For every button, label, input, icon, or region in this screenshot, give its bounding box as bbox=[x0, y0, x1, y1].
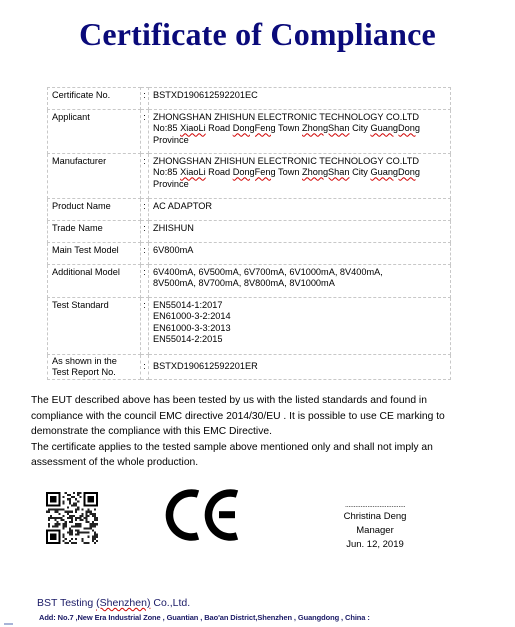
page-corner-mark bbox=[4, 623, 13, 625]
signatory-name: Christina Deng bbox=[320, 510, 430, 524]
applicant-address-province: Province bbox=[153, 135, 446, 146]
field-label: Applicant bbox=[48, 110, 141, 154]
table-row-manufacturer: Manufacturer : ZHONGSHAN ZHISHUN ELECTRO… bbox=[48, 154, 451, 199]
field-label: As shown in the Test Report No. bbox=[48, 355, 141, 380]
field-label: Additional Model bbox=[48, 265, 141, 298]
table-row-main-test-model: Main Test Model : 6V800mA bbox=[48, 243, 451, 265]
field-label: Certificate No. bbox=[48, 88, 141, 110]
applicant-address: No:85 XiaoLi Road DongFeng Town ZhongSha… bbox=[153, 123, 446, 134]
field-value: EN55014-1:2017 EN61000-3-2:2014 EN61000-… bbox=[149, 298, 451, 355]
field-separator: : bbox=[141, 243, 149, 265]
field-label: Main Test Model bbox=[48, 243, 141, 265]
table-row-additional-model: Additional Model : 6V400mA, 6V500mA, 6V7… bbox=[48, 265, 451, 298]
certificate-number: BSTXD190612592201EC bbox=[153, 90, 258, 100]
applicant-name: ZHONGSHAN ZHISHUN ELECTRONIC TECHNOLOGY … bbox=[153, 112, 446, 123]
field-separator: : bbox=[141, 221, 149, 243]
test-standard-item: EN61000-3-3:2013 bbox=[153, 323, 446, 334]
test-standard-item: EN55014-1:2017 bbox=[153, 300, 446, 311]
field-separator: : bbox=[141, 265, 149, 298]
test-standard-item: EN55014-2:2015 bbox=[153, 334, 446, 345]
field-separator: : bbox=[141, 110, 149, 154]
field-value: BSTXD190612592201EC bbox=[149, 88, 451, 110]
table-row-trade-name: Trade Name : ZHISHUN bbox=[48, 221, 451, 243]
table-row-product-name: Product Name : AC ADAPTOR bbox=[48, 199, 451, 221]
table-row-applicant: Applicant : ZHONGSHAN ZHISHUN ELECTRONIC… bbox=[48, 110, 451, 154]
table-row-test-standard: Test Standard : EN55014-1:2017 EN61000-3… bbox=[48, 298, 451, 355]
signatory-position: Manager bbox=[320, 524, 430, 538]
field-value: ZHONGSHAN ZHISHUN ELECTRONIC TECHNOLOGY … bbox=[149, 154, 451, 199]
manufacturer-address-province: Province bbox=[153, 179, 446, 190]
field-value: BSTXD190612592201ER bbox=[149, 355, 451, 380]
field-value: AC ADAPTOR bbox=[149, 199, 451, 221]
manufacturer-address: No:85 XiaoLi Road DongFeng Town ZhongSha… bbox=[153, 167, 446, 178]
field-label: Manufacturer bbox=[48, 154, 141, 199]
field-separator: : bbox=[141, 88, 149, 110]
field-value: 6V800mA bbox=[149, 243, 451, 265]
table-row-test-report-no: As shown in the Test Report No. : BSTXD1… bbox=[48, 355, 451, 380]
issuer-company: BST Testing (Shenzhen) Co.,Ltd. bbox=[37, 597, 190, 609]
statement-paragraph: The certificate applies to the tested sa… bbox=[31, 440, 471, 471]
additional-models-line: 6V400mA, 6V500mA, 6V700mA, 6V1000mA, 8V4… bbox=[153, 267, 446, 278]
field-label: Trade Name bbox=[48, 221, 141, 243]
field-separator: : bbox=[141, 298, 149, 355]
test-standard-item: EN61000-3-2:2014 bbox=[153, 311, 446, 322]
certificate-details-table: Certificate No. : BSTXD190612592201EC Ap… bbox=[47, 87, 451, 380]
additional-models-line: 8V500mA, 8V700mA, 8V800mA, 8V1000mA bbox=[153, 278, 446, 289]
field-label: Test Standard bbox=[48, 298, 141, 355]
issuer-address: Add: No.7 ,New Era Industrial Zone , Gua… bbox=[39, 613, 370, 622]
field-label: Product Name bbox=[48, 199, 141, 221]
compliance-statement: The EUT described above has been tested … bbox=[31, 393, 471, 471]
signature-line: ................................... bbox=[320, 500, 430, 510]
field-separator: : bbox=[141, 199, 149, 221]
field-value: 6V400mA, 6V500mA, 6V700mA, 6V1000mA, 8V4… bbox=[149, 265, 451, 298]
certificate-title: Certificate of Compliance bbox=[0, 16, 515, 53]
field-value: ZHISHUN bbox=[149, 221, 451, 243]
manufacturer-name: ZHONGSHAN ZHISHUN ELECTRONIC TECHNOLOGY … bbox=[153, 156, 446, 167]
signature-block: ................................... Chri… bbox=[320, 500, 430, 552]
field-separator: : bbox=[141, 154, 149, 199]
field-separator: : bbox=[141, 355, 149, 380]
qr-code-icon bbox=[46, 492, 98, 544]
statement-paragraph: The EUT described above has been tested … bbox=[31, 393, 471, 440]
table-row-certificate-no: Certificate No. : BSTXD190612592201EC bbox=[48, 88, 451, 110]
ce-mark-icon bbox=[165, 487, 243, 543]
field-value: ZHONGSHAN ZHISHUN ELECTRONIC TECHNOLOGY … bbox=[149, 110, 451, 154]
signature-date: Jun. 12, 2019 bbox=[320, 538, 430, 552]
